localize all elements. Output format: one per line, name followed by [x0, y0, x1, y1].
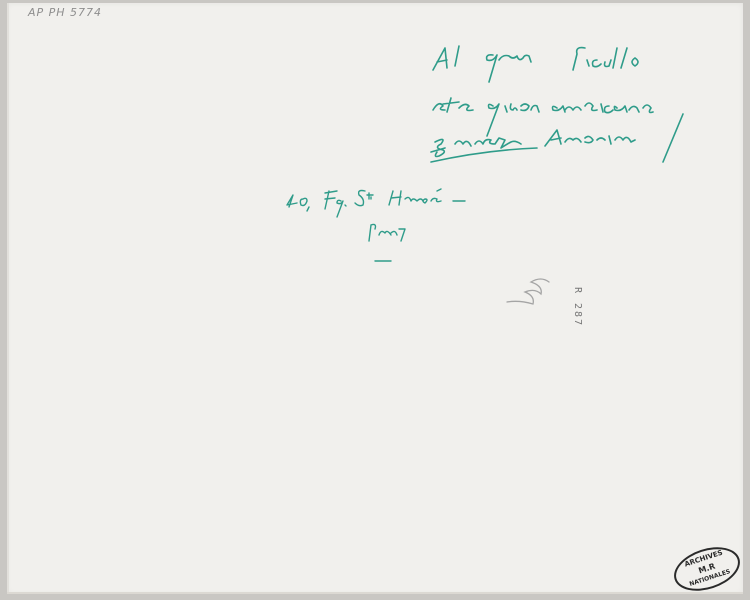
dedication-ink-strokes [425, 40, 725, 170]
paper-bottom-edge [7, 592, 743, 594]
reference-number: R 287 [572, 287, 583, 327]
pencil-scribble-strokes [505, 268, 555, 308]
dedication-handwriting: Al gran Picasso este girón americano Enr… [425, 40, 725, 170]
paper-left-edge [7, 3, 9, 594]
pencil-scribble [505, 268, 555, 308]
address-handwriting: 40, Fg. St Honoré - Paris [285, 185, 525, 265]
inventory-mark: AP PH 5774 [28, 6, 102, 19]
